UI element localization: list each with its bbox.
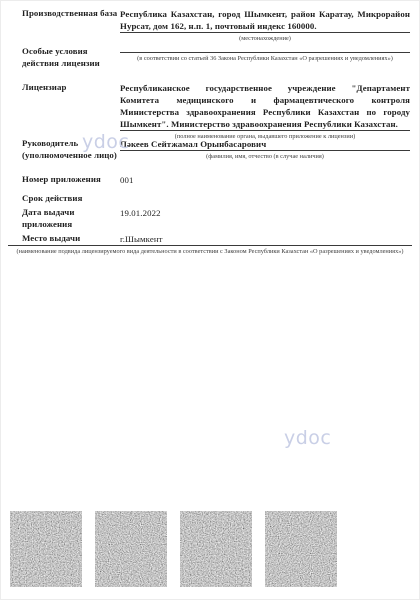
- field-value-column: Пәкеев Сейтжамал Орынбасарович (фамилия,…: [120, 138, 410, 161]
- field-row-validity-period: Срок действия: [22, 193, 410, 205]
- field-value-column: Республиканское государственное учрежден…: [120, 82, 410, 141]
- ydoc-watermark: ydoc: [82, 131, 129, 153]
- field-label: Место выдачи: [22, 233, 120, 245]
- qr-noise-block: [180, 511, 252, 587]
- field-value-column: (в соответствии со статьей 36 Закона Рес…: [120, 46, 410, 63]
- field-caption: (фамилия, имя, отчество (в случае наличи…: [120, 151, 410, 161]
- field-row-issue-place: Место выдачи г.Шымкент: [22, 233, 410, 245]
- field-row-appendix-number: Номер приложения 001: [22, 174, 410, 186]
- field-label: Особые условия действия лицензии: [22, 46, 120, 69]
- qr-noise-block: [10, 511, 82, 587]
- qr-code-row: [10, 511, 337, 587]
- field-value-column: Республика Казахстан, город Шымкент, рай…: [120, 8, 410, 43]
- field-row-licensor: Лицензиар Республиканское государственно…: [22, 82, 410, 141]
- field-row-head: Руководитель (уполномоченное лицо) Пәкее…: [22, 138, 410, 161]
- field-value-column: 001: [120, 174, 410, 186]
- license-appendix-page: Производственная база Республика Казахст…: [0, 0, 420, 600]
- field-value: г.Шымкент: [120, 233, 410, 245]
- field-value: Пәкеев Сейтжамал Орынбасарович: [120, 138, 410, 151]
- field-value: 001: [120, 174, 410, 186]
- field-label: Номер приложения: [22, 174, 120, 186]
- footer-divider: (наименование подвида лицензируемого вид…: [8, 245, 412, 256]
- footer-caption: (наименование подвида лицензируемого вид…: [8, 246, 412, 256]
- field-label: Дата выдачи приложения: [22, 207, 120, 230]
- field-label: Лицензиар: [22, 82, 120, 94]
- field-value: 19.01.2022: [120, 207, 410, 219]
- field-value: Республиканское государственное учрежден…: [120, 82, 410, 131]
- ydoc-watermark: ydoc: [284, 427, 331, 449]
- field-caption: (местонахождение): [120, 33, 410, 43]
- field-row-issue-date: Дата выдачи приложения 19.01.2022: [22, 207, 410, 230]
- field-value-column: 19.01.2022: [120, 207, 410, 219]
- field-row-production-base: Производственная база Республика Казахст…: [22, 8, 410, 43]
- qr-noise-block: [265, 511, 337, 587]
- field-value: Республика Казахстан, город Шымкент, рай…: [120, 8, 410, 33]
- field-row-special-conditions: Особые условия действия лицензии (в соот…: [22, 46, 410, 69]
- field-caption: (в соответствии со статьей 36 Закона Рес…: [120, 53, 410, 63]
- field-label: Срок действия: [22, 193, 120, 205]
- qr-noise-block: [95, 511, 167, 587]
- field-value-column: г.Шымкент: [120, 233, 410, 245]
- field-label: Производственная база: [22, 8, 120, 20]
- blank-underline: [120, 46, 410, 53]
